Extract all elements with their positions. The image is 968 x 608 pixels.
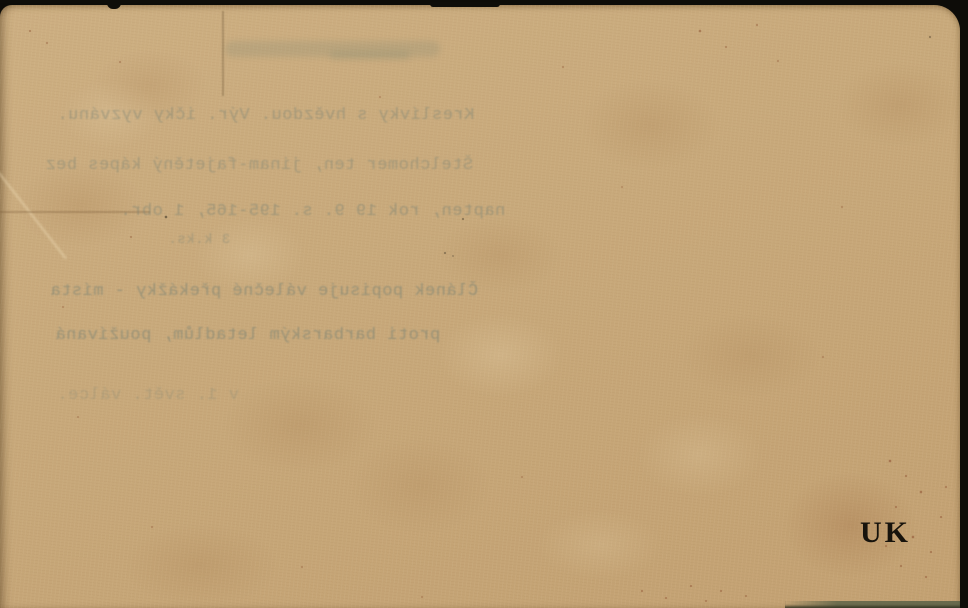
bottom-edge-band: [785, 601, 960, 608]
typed-line-6: proti barbarským letadlům, používaná: [55, 326, 440, 345]
typed-line-1: Kreslívky s hvězdou. Výr. ičky vyzvánu.: [57, 106, 474, 125]
typed-line-4: 3 k.ks.: [168, 232, 230, 248]
scan-edge-bump: [430, 2, 500, 7]
typed-line-2: Štelchomer ten, jinam-fajetěný kápes bez: [45, 156, 473, 175]
card-scan: Kreslívky s hvězdou. Výr. ičky vyzvánu. …: [0, 0, 968, 608]
typed-line-3: napten, rok 19 9. s. 195-165, 1 obr.: [120, 202, 505, 221]
crease-diagonal: [0, 163, 67, 259]
foxing-speckles: [0, 5, 960, 608]
bleedthrough-smudge-2: [330, 51, 410, 60]
paper-mottle-texture: [0, 5, 960, 608]
typed-line-5: Článek popisuje válečné překážky - místa: [50, 282, 478, 301]
scan-edge-top: [0, 0, 340, 3]
crease-vertical: [222, 11, 224, 96]
paper: Kreslívky s hvězdou. Výr. ičky vyzvánu. …: [0, 5, 960, 608]
uk-stamp: UK: [860, 516, 911, 550]
typed-line-7: v 1. svět. válce.: [57, 386, 239, 405]
